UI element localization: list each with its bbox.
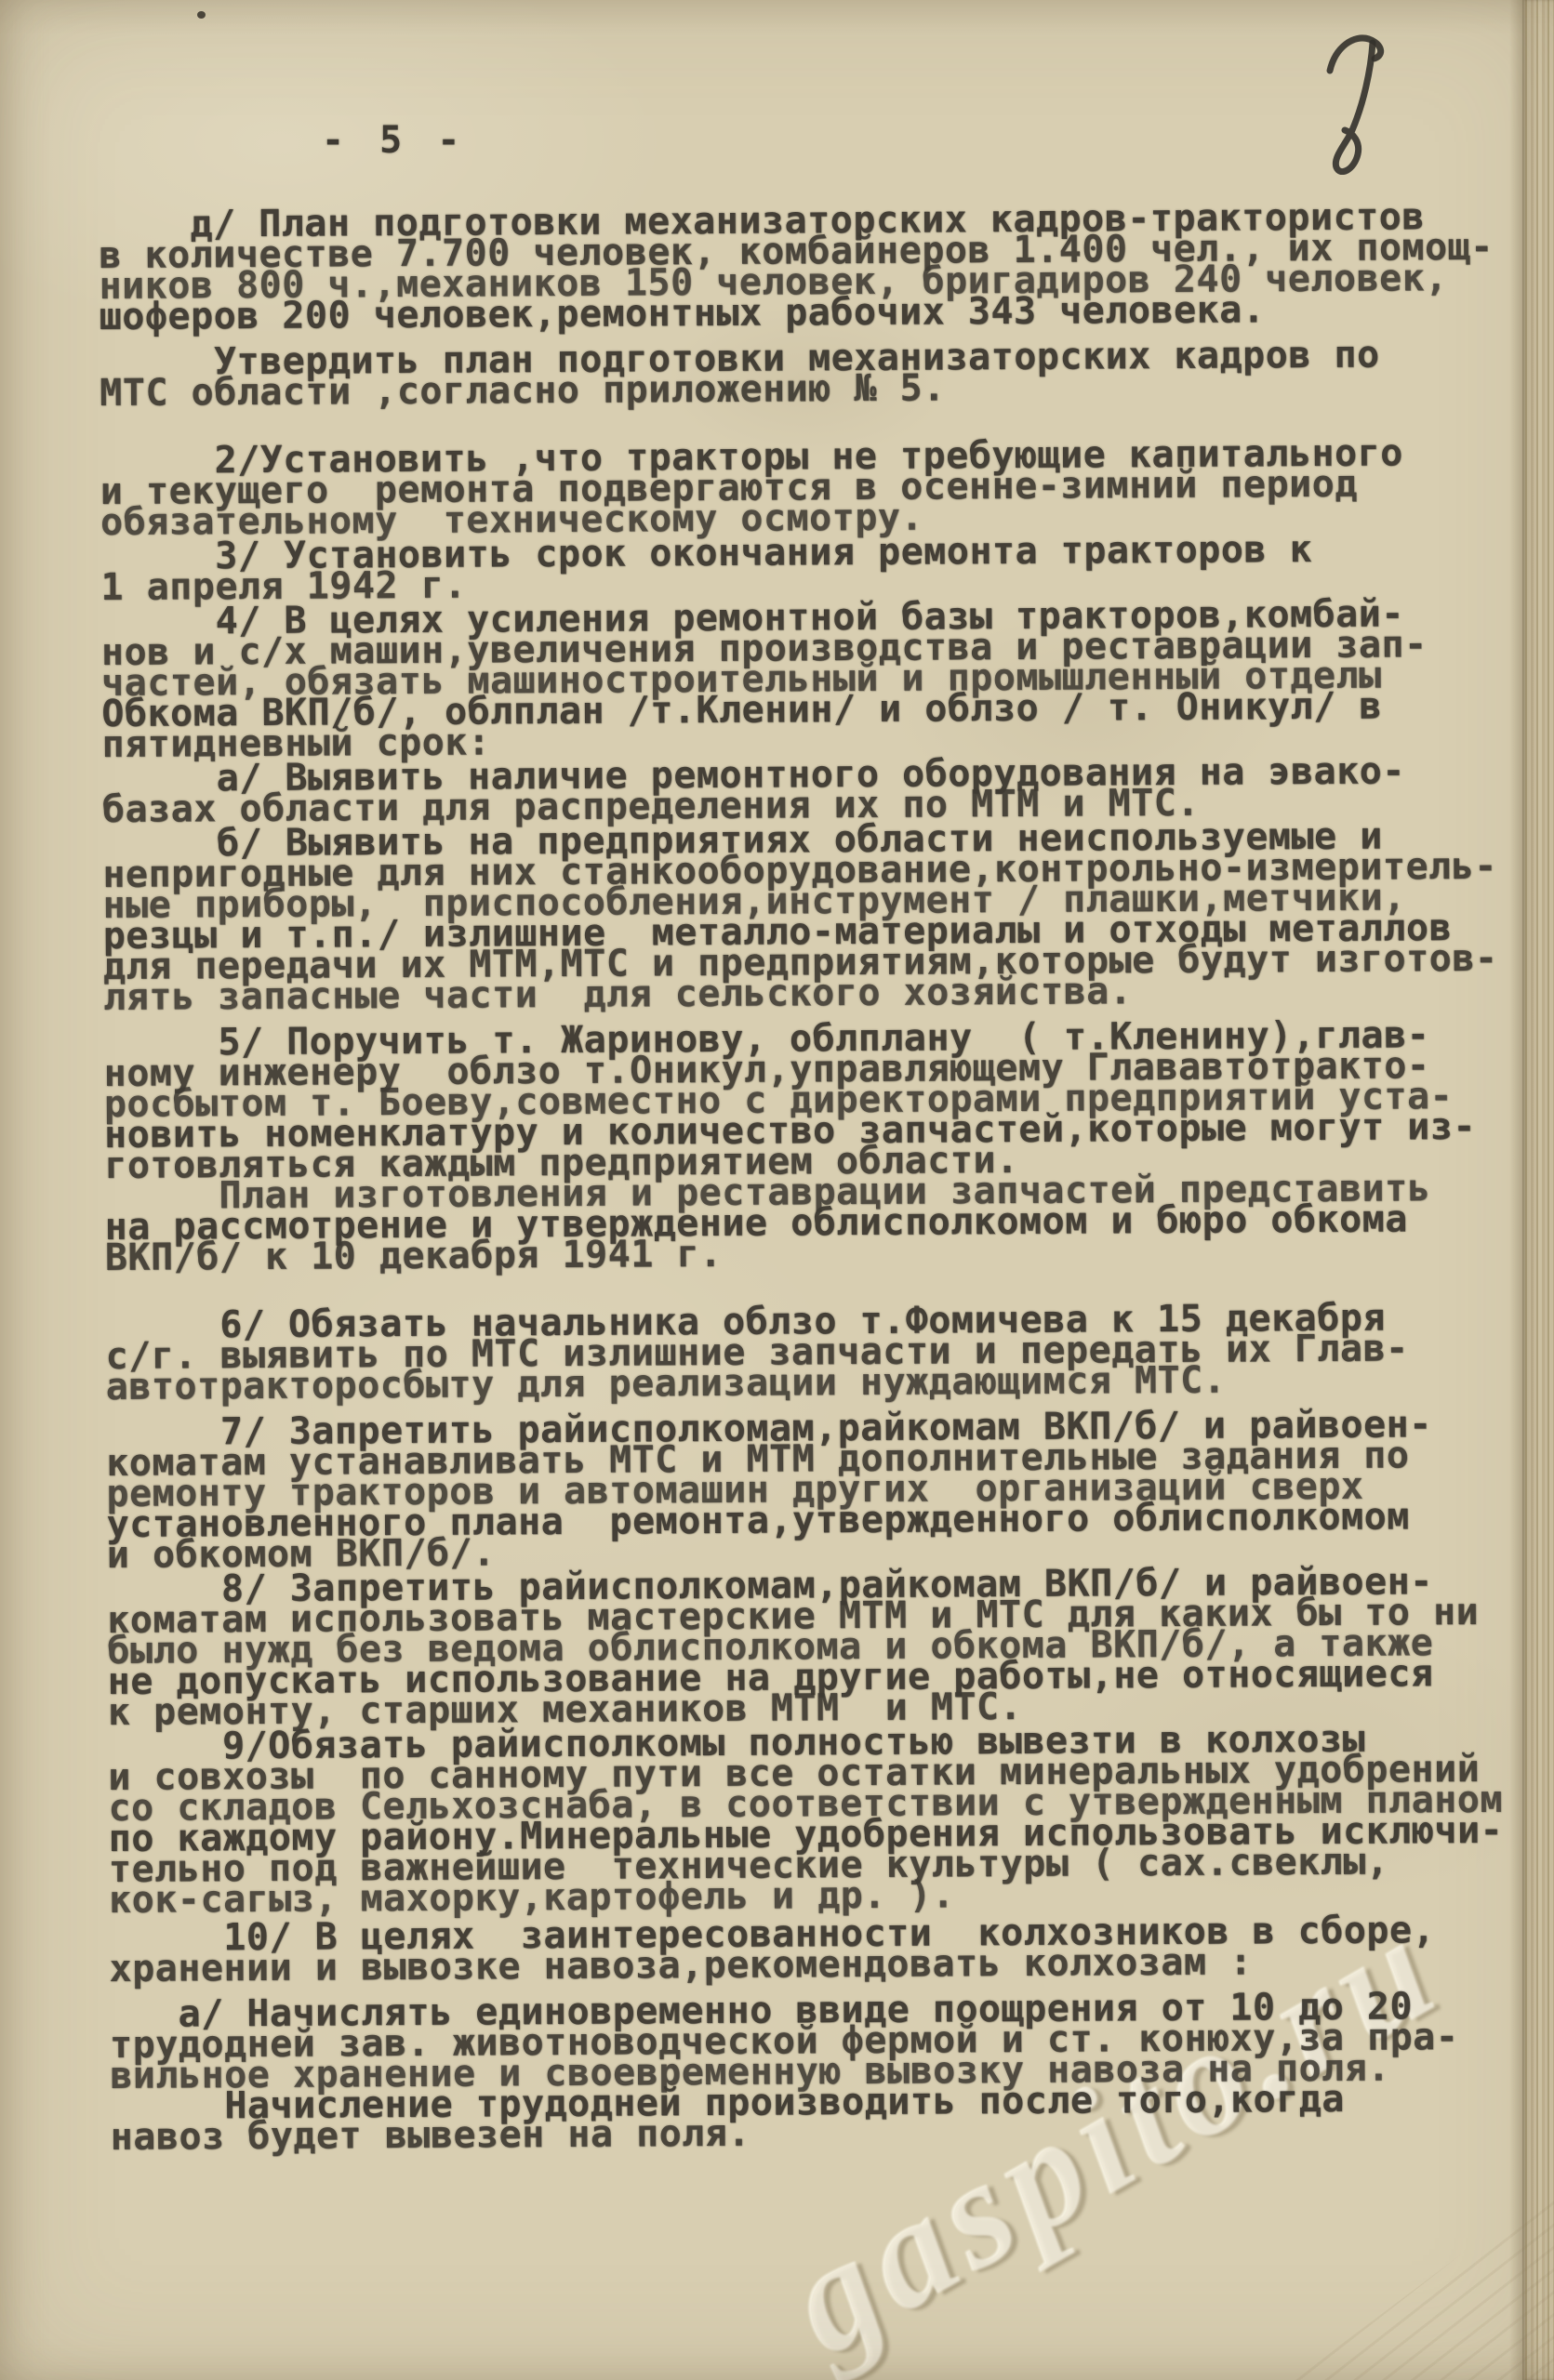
handwritten-folio-number: 7	[1319, 28, 1404, 175]
text-line: автотракторосбыту для реализации нуждающ…	[106, 1364, 1543, 1403]
paragraph: Утвердить план подготовки механизаторски…	[100, 339, 1536, 409]
paragraph: д/ План подготовки механизаторских кадро…	[99, 202, 1536, 333]
paragraph: б/ Выявить на предприятиях области неисп…	[102, 821, 1540, 1013]
paragraph: 2/Установить ,что тракторы не требующие …	[100, 438, 1538, 538]
page-edge-shadow	[1509, 0, 1522, 2380]
book-fore-edge	[1522, 0, 1554, 2380]
paragraph: 4/ В целях усиления ремонтной базы тракт…	[101, 599, 1539, 760]
paragraph: 9/Обязать райисполкомы полностью вывезти…	[108, 1724, 1546, 1916]
seven-stem-stroke	[1335, 43, 1373, 172]
paragraph: 8/ Запретить райисполкомам,райкомам ВКП/…	[107, 1567, 1545, 1728]
text-line: навоз будет вывезен на поля.	[111, 2114, 1547, 2153]
text-line: ВКП/б/ к 10 декабря 1941 г.	[105, 1235, 1542, 1274]
corner-page-edges	[1294, 2185, 1554, 2380]
text-line: МТС области ,согласно приложению № 5.	[100, 370, 1536, 409]
paragraph: 6/ Обязать начальника облзо т.Фомичева к…	[105, 1302, 1543, 1403]
text-line: шоферов 200 человек,ремонтных рабочих 34…	[100, 294, 1536, 333]
paragraph: 5/ Поручить т. Жаринову, облплану ( т.Кл…	[103, 1020, 1542, 1274]
scanned-document-page: - 5 - 7 д/ План подготовки механизаторск…	[0, 0, 1554, 2380]
ink-speck	[197, 11, 206, 19]
typewritten-text: д/ План подготовки механизаторских кадро…	[99, 202, 1547, 2153]
page-number: - 5 -	[322, 119, 466, 162]
paragraph: а/ Начислять единовременно ввиде поощрен…	[110, 1991, 1547, 2153]
text-line: лять запасные части для сельского хозяйс…	[103, 974, 1540, 1013]
paragraph: 10/ В целях заинтересованности колхозник…	[109, 1915, 1546, 1985]
paragraph: 7/ Запретить райисполкомам,райкомам ВКП/…	[106, 1409, 1544, 1571]
text-line: хранении и вывозке навоза,рекомендовать …	[109, 1946, 1546, 1985]
